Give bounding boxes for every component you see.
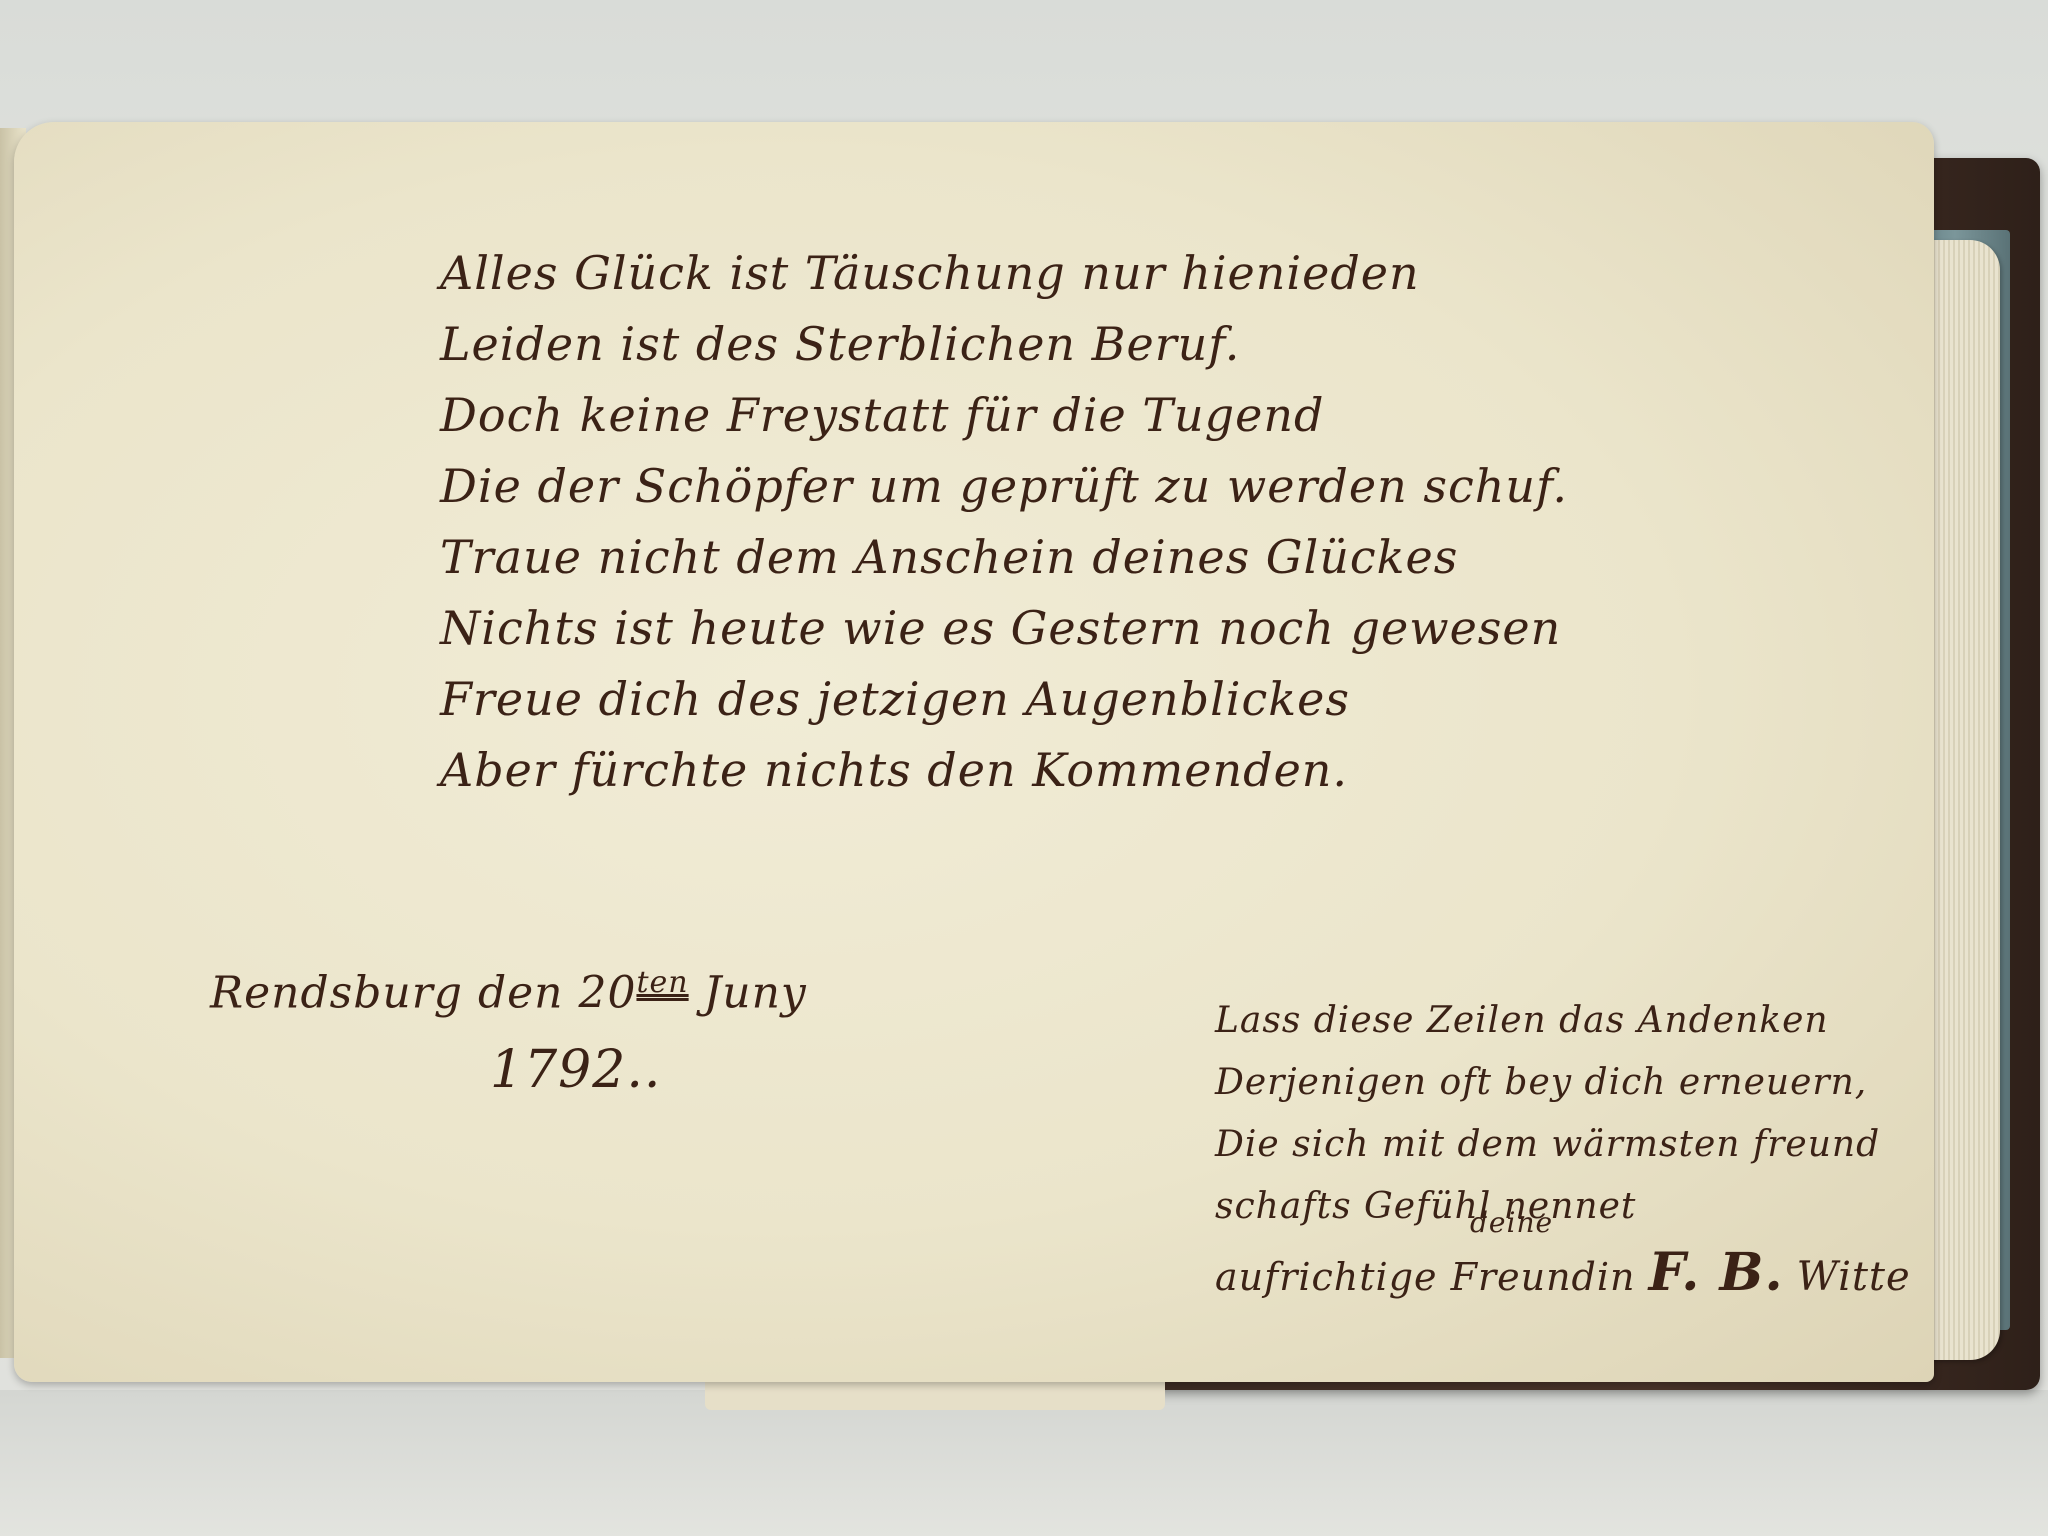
poem-block: Alles Glück ist Täuschung nur hienieden …: [440, 238, 1568, 806]
poem-line: Leiden ist des Sterblichen Beruf.: [440, 309, 1568, 380]
month: Juny: [704, 968, 807, 1019]
year: 1792..: [490, 1040, 661, 1100]
dedication-line: Die sich mit dem wärmsten freund: [1215, 1114, 1911, 1176]
dedication-block: Lass diese Zeilen das Andenken Derjenige…: [1215, 990, 1911, 1303]
poem-line: Alles Glück ist Täuschung nur hienieden: [440, 238, 1568, 309]
above-signature: deine: [1470, 1206, 1553, 1239]
table-surface: [0, 1390, 2048, 1536]
dedication-line: schafts Gefühl nennet: [1215, 1176, 1911, 1238]
place-date: Rendsburg den 20: [210, 968, 636, 1019]
poem-line: Traue nicht dem Anschein deines Glückes: [440, 522, 1568, 593]
poem-line: Die der Schöpfer um geprüft zu werden sc…: [440, 451, 1568, 522]
place-date-line: Rendsburg den 20ten Juny: [210, 965, 807, 1019]
ordinal-suffix: ten: [636, 965, 688, 1000]
poem-line: Nichts ist heute wie es Gestern noch gew…: [440, 593, 1568, 664]
poem-line: Aber fürchte nichts den Kommenden.: [440, 735, 1568, 806]
poem-line: Freue dich des jetzigen Augenblickes: [440, 664, 1568, 735]
dedication-line: Lass diese Zeilen das Andenken: [1215, 990, 1911, 1052]
poem-line: Doch keine Freystatt für die Tugend: [440, 380, 1568, 451]
signature-initials: F. B.: [1649, 1242, 1784, 1303]
signature-line: deine aufrichtige Freundin F. B. Witte: [1215, 1242, 1911, 1303]
closing: aufrichtige Freundin: [1215, 1255, 1636, 1299]
dedication-line: Derjenigen oft bey dich erneuern,: [1215, 1052, 1911, 1114]
signature-surname: Witte: [1797, 1254, 1911, 1300]
